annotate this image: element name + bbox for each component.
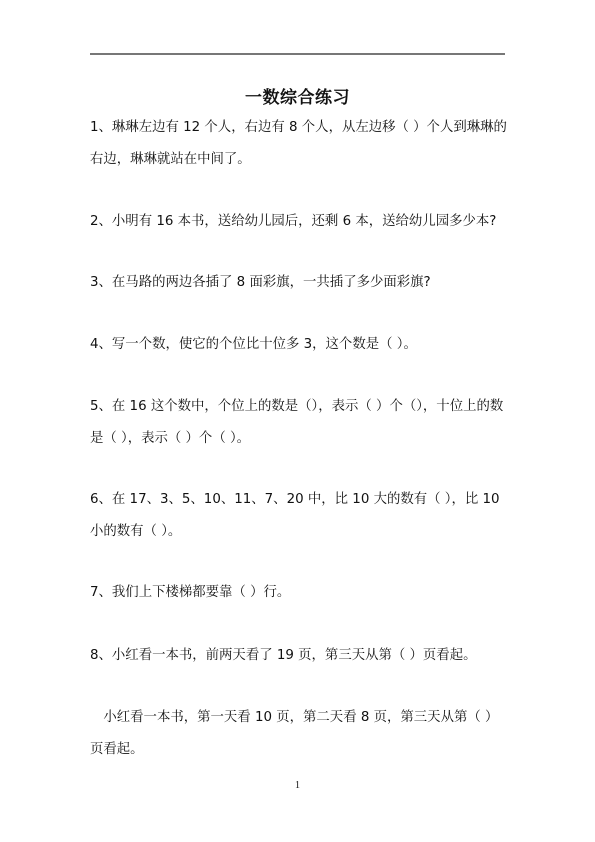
- header-rule: [90, 53, 505, 55]
- question-3: 3、在马路的两边各插了 8 面彩旗，一共插了多少面彩旗?: [90, 267, 508, 299]
- page-number: 1: [0, 780, 595, 791]
- question-6: 6、在 17、3、5、10、11、7、20 中，比 10 大的数有（ ），比 1…: [90, 484, 508, 548]
- question-4: 4、写一个数，使它的个位比十位多 3，这个数是（ ）。: [90, 329, 508, 361]
- question-2: 2、小明有 16 本书，送给幼儿园后，还剩 6 本，送给幼儿园多少本?: [90, 206, 508, 238]
- question-5: 5、在 16 这个数中，个位上的数是（），表示（ ）个（），十位上的数是（ ），…: [90, 391, 508, 455]
- question-1: 1、琳琳左边有 12 个人，右边有 8 个人，从左边移（ ）个人到琳琳的右边，琳…: [90, 112, 508, 176]
- question-8: 8、小红看一本书，前两天看了 19 页，第三天从第（ ）页看起。: [90, 640, 508, 672]
- page-title: 一数综合练习: [0, 83, 595, 108]
- question-8-variant: 小红看一本书，第一天看 10 页，第二天看 8 页，第三天从第（ ）页看起。: [90, 702, 508, 766]
- question-7: 7、我们上下楼梯都要靠（ ）行。: [90, 577, 508, 609]
